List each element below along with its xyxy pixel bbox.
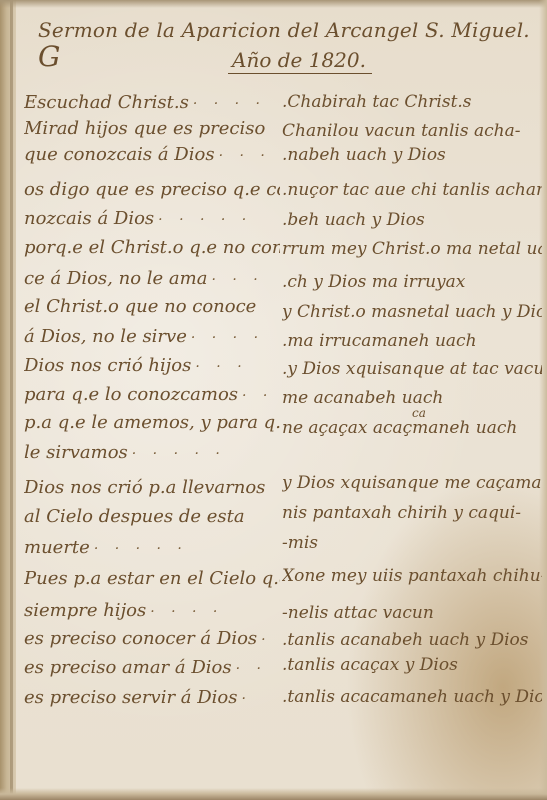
spanish-line: el Christ.o que no conoce [24,296,280,317]
leader-dots: · · · · · [94,541,188,557]
leader-dots: · · · · [193,96,266,112]
decorative-initial: G [38,40,60,73]
spanish-text: es preciso conocer á Dios [24,628,257,649]
spanish-line: Dios nos crió hijos· · · [24,355,280,376]
translation-line: y Christ.o masnetal uach y Dios [282,302,542,322]
spanish-text: muerte [24,537,90,558]
leader-dots: · · · · [191,330,264,346]
spanish-line: á Dios, no le sirve· · · · [24,326,280,347]
binding-edge [0,0,16,800]
leader-dots: · · [242,388,273,404]
leader-dots: · · · [211,272,263,288]
spanish-text: Dios nos crió p.a llevarnos [24,477,265,498]
spanish-line: Mirad hijos que es preciso [24,118,280,139]
translation-line: nis pantaxah chirih y caqui- [282,503,542,523]
spanish-text: Dios nos crió hijos [24,355,191,376]
spanish-text: es preciso amar á Dios [24,657,232,678]
spanish-text: le sirvamos [24,442,128,463]
spanish-line: le sirvamos· · · · · [24,442,280,463]
leader-dots: · · · · [219,148,280,164]
translation-line: .Chabirah tac Christ.s [282,92,542,112]
translation-line: -mis [282,533,542,553]
translation-line: .tanlis acacamaneh uach y Dios [282,687,542,707]
spanish-line: muerte· · · · · [24,537,280,558]
spanish-text: Escuchad Christ.s [24,92,189,113]
spanish-text: porq.e el Christ.o q.e no cono- [24,237,280,258]
spanish-text: al Cielo despues de esta [24,506,245,527]
spanish-line: os digo que es preciso q.e co- [24,179,280,200]
spanish-line: para q.e lo conozcamos· · [24,384,280,405]
spanish-text: Pues p.a estar en el Cielo q.e [24,568,280,589]
translation-line: ne açaçax acaçmaneh uach [282,418,542,438]
spanish-text: es preciso servir á Dios [24,687,238,708]
spanish-line: al Cielo despues de esta [24,506,280,527]
bottom-edge [0,788,547,800]
spanish-line: es preciso servir á Dios· [24,687,280,708]
leader-dots: · · · · · [158,212,252,228]
spanish-text: el Christ.o que no conoce [24,296,256,317]
translation-line: Xone mey uiis pantaxah chihu- [282,566,542,586]
translation-line: rrum mey Christ.o ma netal ua. [282,239,542,259]
translation-line: me acanabeh uach [282,388,542,408]
spanish-text: siempre hijos [24,600,146,621]
sermon-year: Año de 1820. [228,48,372,74]
translation-line: .ch y Dios ma irruyax [282,272,542,292]
spanish-line: nozcais á Dios· · · · · [24,208,280,229]
spanish-text: Mirad hijos que es preciso [24,118,265,139]
translation-line: .ma irrucamaneh uach [282,331,542,351]
sermon-title: Sermon de la Aparicion del Arcangel S. M… [38,18,530,42]
interlinear-correction: ca [412,406,547,420]
spanish-line: ce á Dios, no le ama· · · [24,268,280,289]
translation-line: .nuçor tac aue chi tanlis achana. [282,180,542,200]
spanish-line: p.a q.e le amemos, y para q.e [24,412,280,433]
spanish-line: siempre hijos· · · · [24,600,280,621]
translation-line: .tanlis acaçax y Dios [282,655,542,675]
spanish-text: á Dios, no le sirve [24,326,187,347]
leader-dots: · · · [195,359,247,375]
leader-dots: · · · · [150,604,223,620]
spanish-text: para q.e lo conozcamos [24,384,238,405]
spanish-line: Escuchad Christ.s· · · · [24,92,280,113]
spanish-line: porq.e el Christ.o q.e no cono- [24,237,280,258]
translation-line: .tanlis acanabeh uach y Dios [282,630,542,650]
top-edge [0,0,547,8]
spanish-text: p.a q.e le amemos, y para q.e [24,412,280,433]
translation-line: .beh uach y Dios [282,210,542,230]
translation-line: y Dios xquisanque me caçama [282,473,542,493]
leader-dots: · · [261,632,280,648]
translation-line: .y Dios xquisanque at tac vacun [282,359,542,379]
translation-line: -nelis attac vacun [282,603,542,623]
translation-line: .nabeh uach y Dios [282,145,542,165]
leader-dots: · · [236,661,267,677]
spanish-line: que conozcais á Dios· · · · [24,144,280,165]
spanish-line: es preciso conocer á Dios· · [24,628,280,649]
leader-dots: · · · · · [132,446,226,462]
spanish-text: os digo que es preciso q.e co- [24,179,280,200]
spanish-line: Pues p.a estar en el Cielo q.e [24,568,280,589]
leader-dots: · [242,691,252,707]
spanish-text: ce á Dios, no le ama [24,268,207,289]
manuscript-page: Sermon de la Aparicion del Arcangel S. M… [0,0,547,800]
translation-line: Chanilou vacun tanlis acha- [282,121,542,141]
spanish-line: es preciso amar á Dios· · [24,657,280,678]
spanish-line: Dios nos crió p.a llevarnos [24,477,280,498]
spanish-text: nozcais á Dios [24,208,154,229]
spanish-text: que conozcais á Dios [24,144,215,165]
